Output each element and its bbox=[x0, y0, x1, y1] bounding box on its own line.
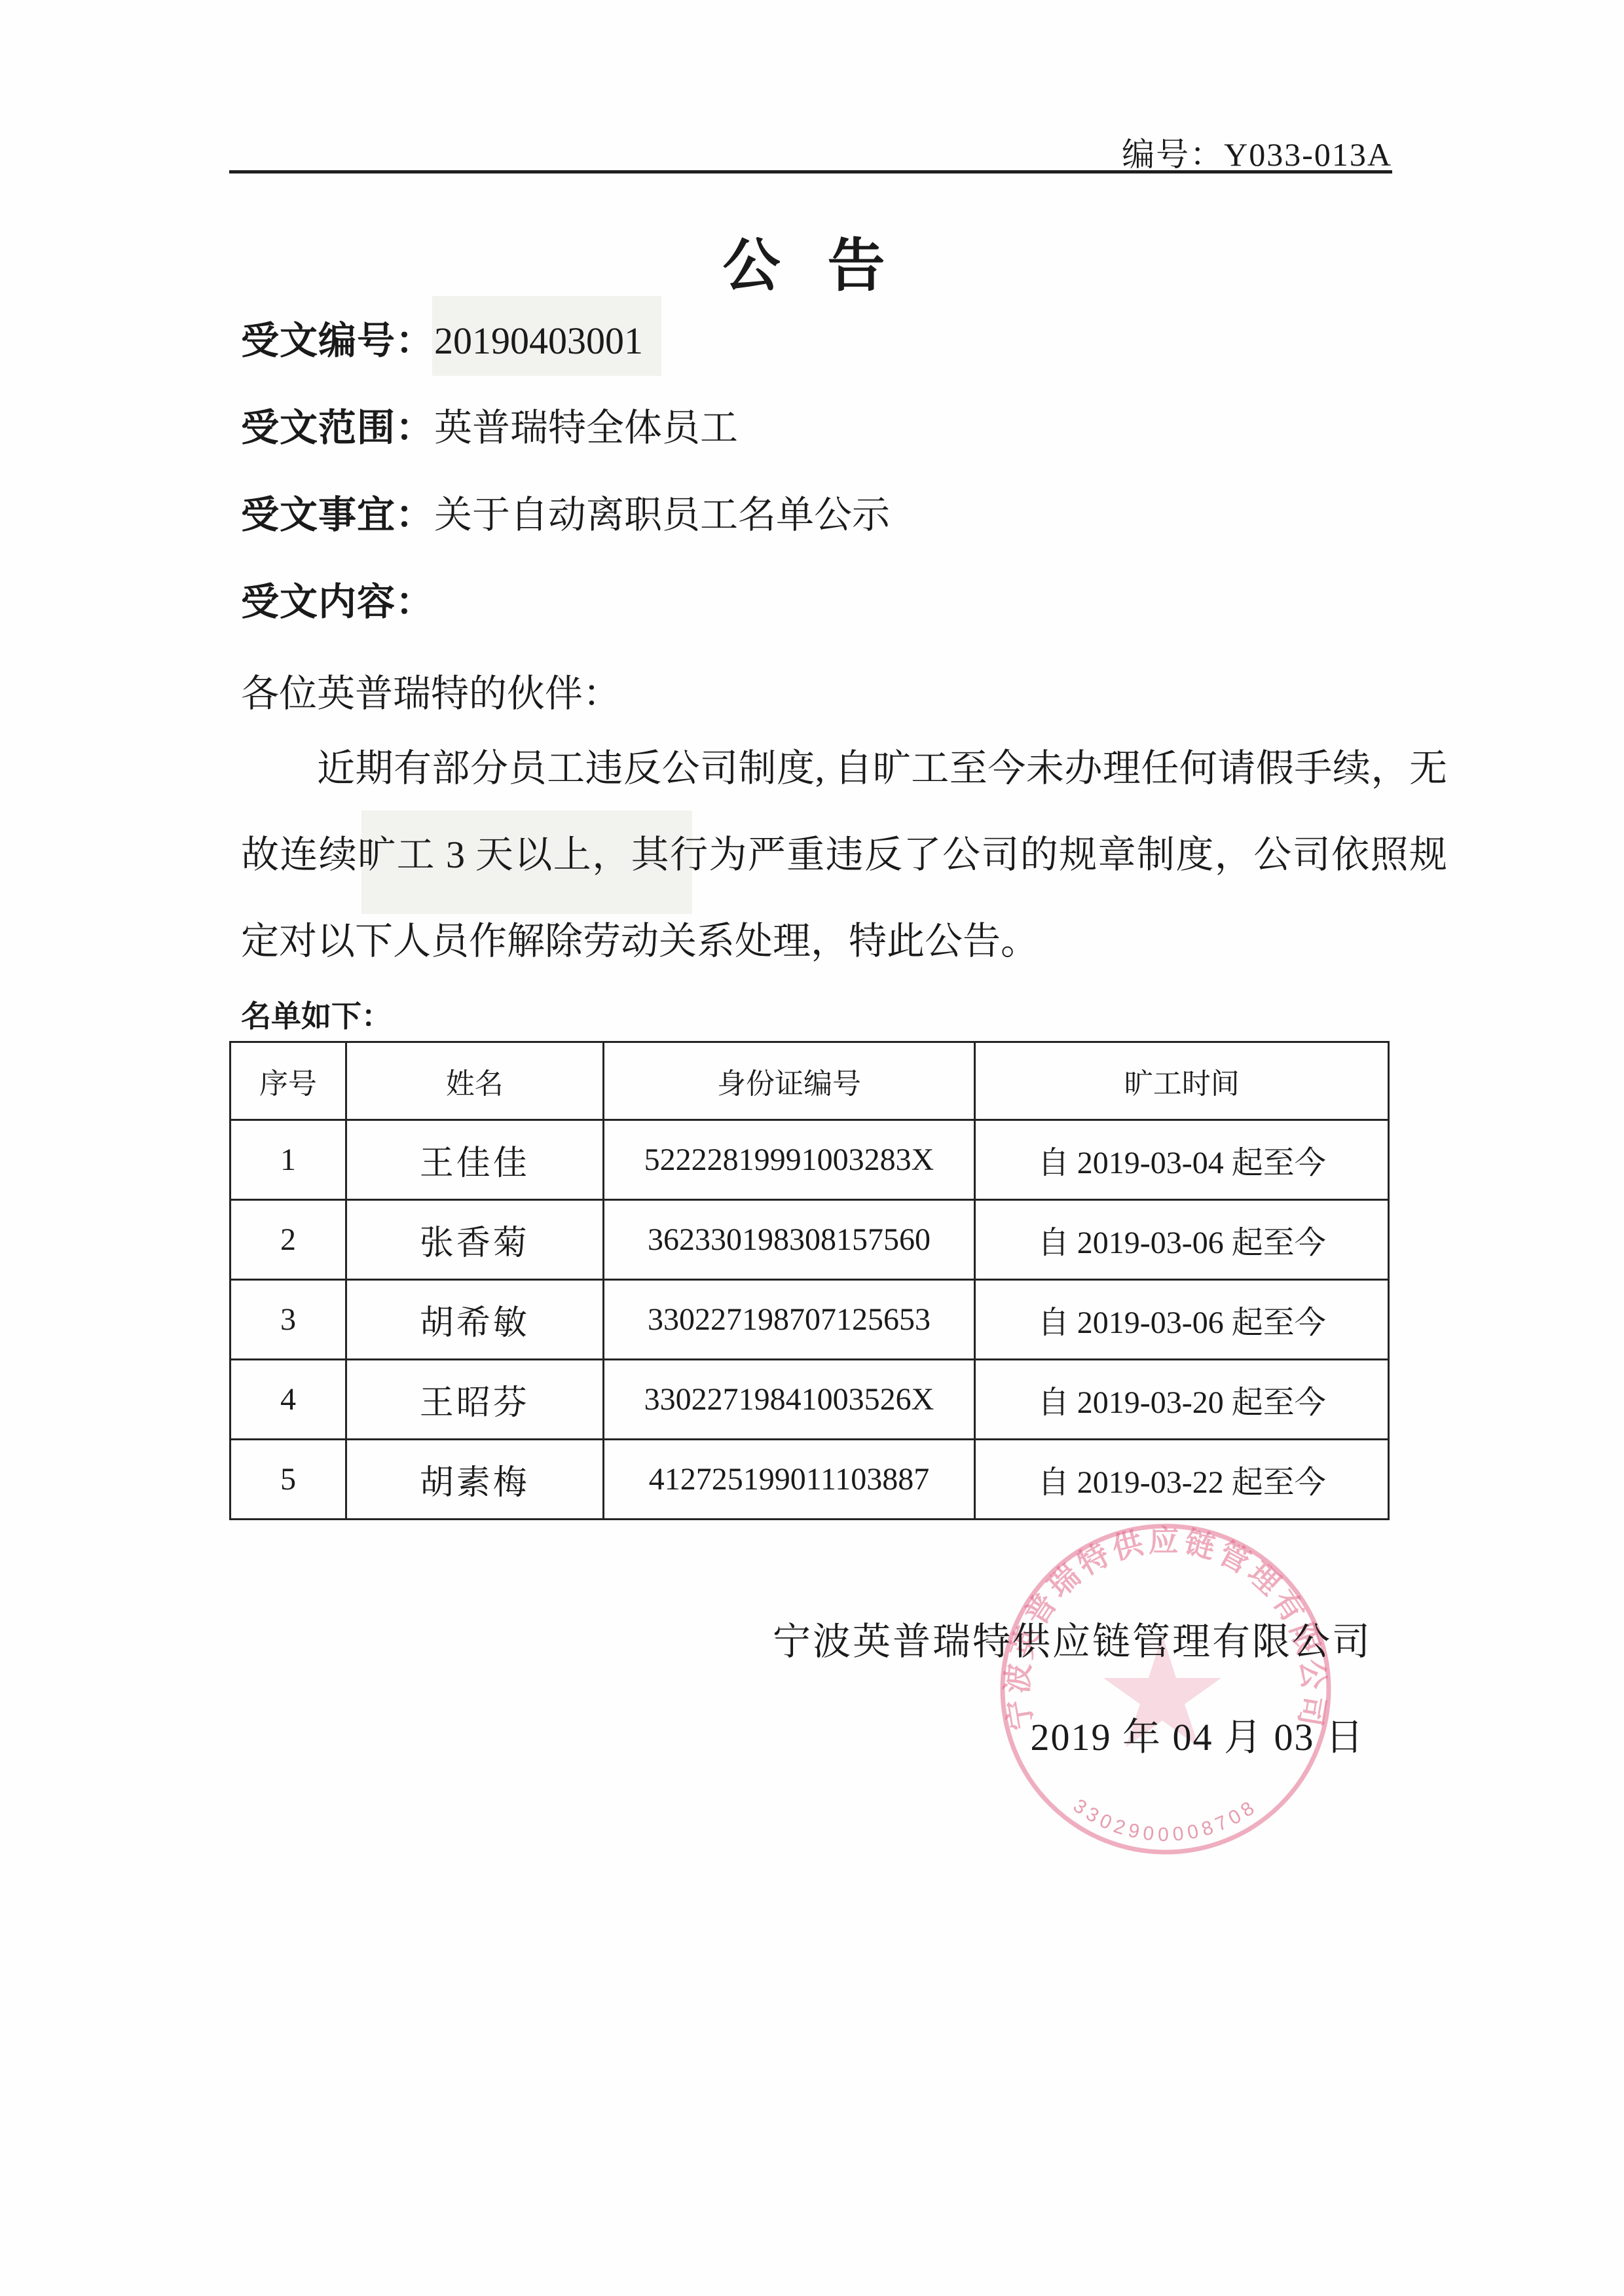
table-row: 3胡希敏330227198707125653自 2019-03-06 起至今 bbox=[231, 1280, 1389, 1360]
dismissal-table: 序号 姓名 身份证编号 旷工时间 1王佳佳52222819991003283X自… bbox=[229, 1041, 1390, 1520]
notice-paragraph: 近期有部分员工违反公司制度, 自旷工至今未办理任何请假手续，无故连续旷工 3 天… bbox=[241, 725, 1447, 985]
table-row: 2张香菊362330198308157560自 2019-03-06 起至今 bbox=[231, 1200, 1389, 1280]
cell-id-number: 330227198707125653 bbox=[603, 1280, 975, 1360]
cell-absence-period: 自 2019-03-22 起至今 bbox=[975, 1440, 1389, 1520]
header-absence-period: 旷工时间 bbox=[975, 1042, 1389, 1120]
cell-id-number: 412725199011103887 bbox=[603, 1440, 975, 1520]
table-row: 1王佳佳52222819991003283X自 2019-03-04 起至今 bbox=[231, 1120, 1389, 1200]
header-id-number: 身份证编号 bbox=[603, 1042, 975, 1120]
cell-index: 5 bbox=[231, 1440, 346, 1520]
cell-id-number: 52222819991003283X bbox=[603, 1120, 975, 1200]
table-row: 4王昭芬33022719841003526X自 2019-03-20 起至今 bbox=[231, 1360, 1389, 1440]
signature-date: 2019 年 04 月 03 日 bbox=[1030, 1706, 1365, 1761]
list-intro: 名单如下： bbox=[241, 993, 392, 1036]
header-name: 姓名 bbox=[346, 1042, 603, 1120]
cell-name: 王昭芬 bbox=[346, 1360, 603, 1440]
scanned-notice-page: 编号：Y033-013A 公 告 受文编号：20190403001 受文范围：英… bbox=[0, 0, 1624, 2296]
company-seal: 宁波英普瑞特供应链管理有限公司 3302900008708 bbox=[995, 1519, 1336, 1859]
cell-id-number: 362330198308157560 bbox=[603, 1200, 975, 1280]
field-label: 受文内容： bbox=[241, 581, 434, 623]
notice-table-body: 1王佳佳52222819991003283X自 2019-03-04 起至今2张… bbox=[231, 1120, 1389, 1520]
cell-index: 1 bbox=[231, 1120, 346, 1200]
cell-name: 胡素梅 bbox=[346, 1440, 603, 1520]
cell-index: 3 bbox=[231, 1280, 346, 1360]
cell-name: 王佳佳 bbox=[346, 1120, 603, 1200]
field-value: 英普瑞特全体员工 bbox=[434, 407, 738, 449]
cell-index: 2 bbox=[231, 1200, 346, 1280]
page-title: 公 告 bbox=[0, 220, 1624, 302]
field-label: 受文范围： bbox=[241, 407, 434, 449]
field-row-scope: 受文范围：英普瑞特全体员工 bbox=[241, 407, 738, 450]
cell-name: 张香菊 bbox=[346, 1200, 603, 1280]
field-label: 受文事宜： bbox=[241, 494, 434, 536]
field-row-content: 受文内容： bbox=[241, 581, 434, 625]
field-value: 20190403001 bbox=[434, 319, 643, 362]
field-label: 受文编号： bbox=[241, 319, 434, 362]
header-index: 序号 bbox=[231, 1042, 346, 1120]
cell-absence-period: 自 2019-03-04 起至今 bbox=[975, 1120, 1389, 1200]
doc-number: 编号：Y033-013A bbox=[1122, 128, 1392, 175]
table-header-row: 序号 姓名 身份证编号 旷工时间 bbox=[231, 1042, 1389, 1120]
cell-absence-period: 自 2019-03-06 起至今 bbox=[975, 1200, 1389, 1280]
table-row: 5胡素梅412725199011103887自 2019-03-22 起至今 bbox=[231, 1440, 1389, 1520]
cell-id-number: 33022719841003526X bbox=[603, 1360, 975, 1440]
salutation: 各位英普瑞特的伙伴： bbox=[241, 663, 621, 718]
cell-absence-period: 自 2019-03-20 起至今 bbox=[975, 1360, 1389, 1440]
field-value: 关于自动离职员工名单公示 bbox=[434, 494, 890, 536]
field-row-doc-id: 受文编号：20190403001 bbox=[241, 319, 643, 363]
signature-company: 宁波英普瑞特供应链管理有限公司 bbox=[773, 1611, 1372, 1666]
header-rule bbox=[229, 170, 1392, 173]
cell-name: 胡希敏 bbox=[346, 1280, 603, 1360]
cell-index: 4 bbox=[231, 1360, 346, 1440]
cell-absence-period: 自 2019-03-06 起至今 bbox=[975, 1280, 1389, 1360]
field-row-subject: 受文事宜：关于自动离职员工名单公示 bbox=[241, 494, 890, 538]
